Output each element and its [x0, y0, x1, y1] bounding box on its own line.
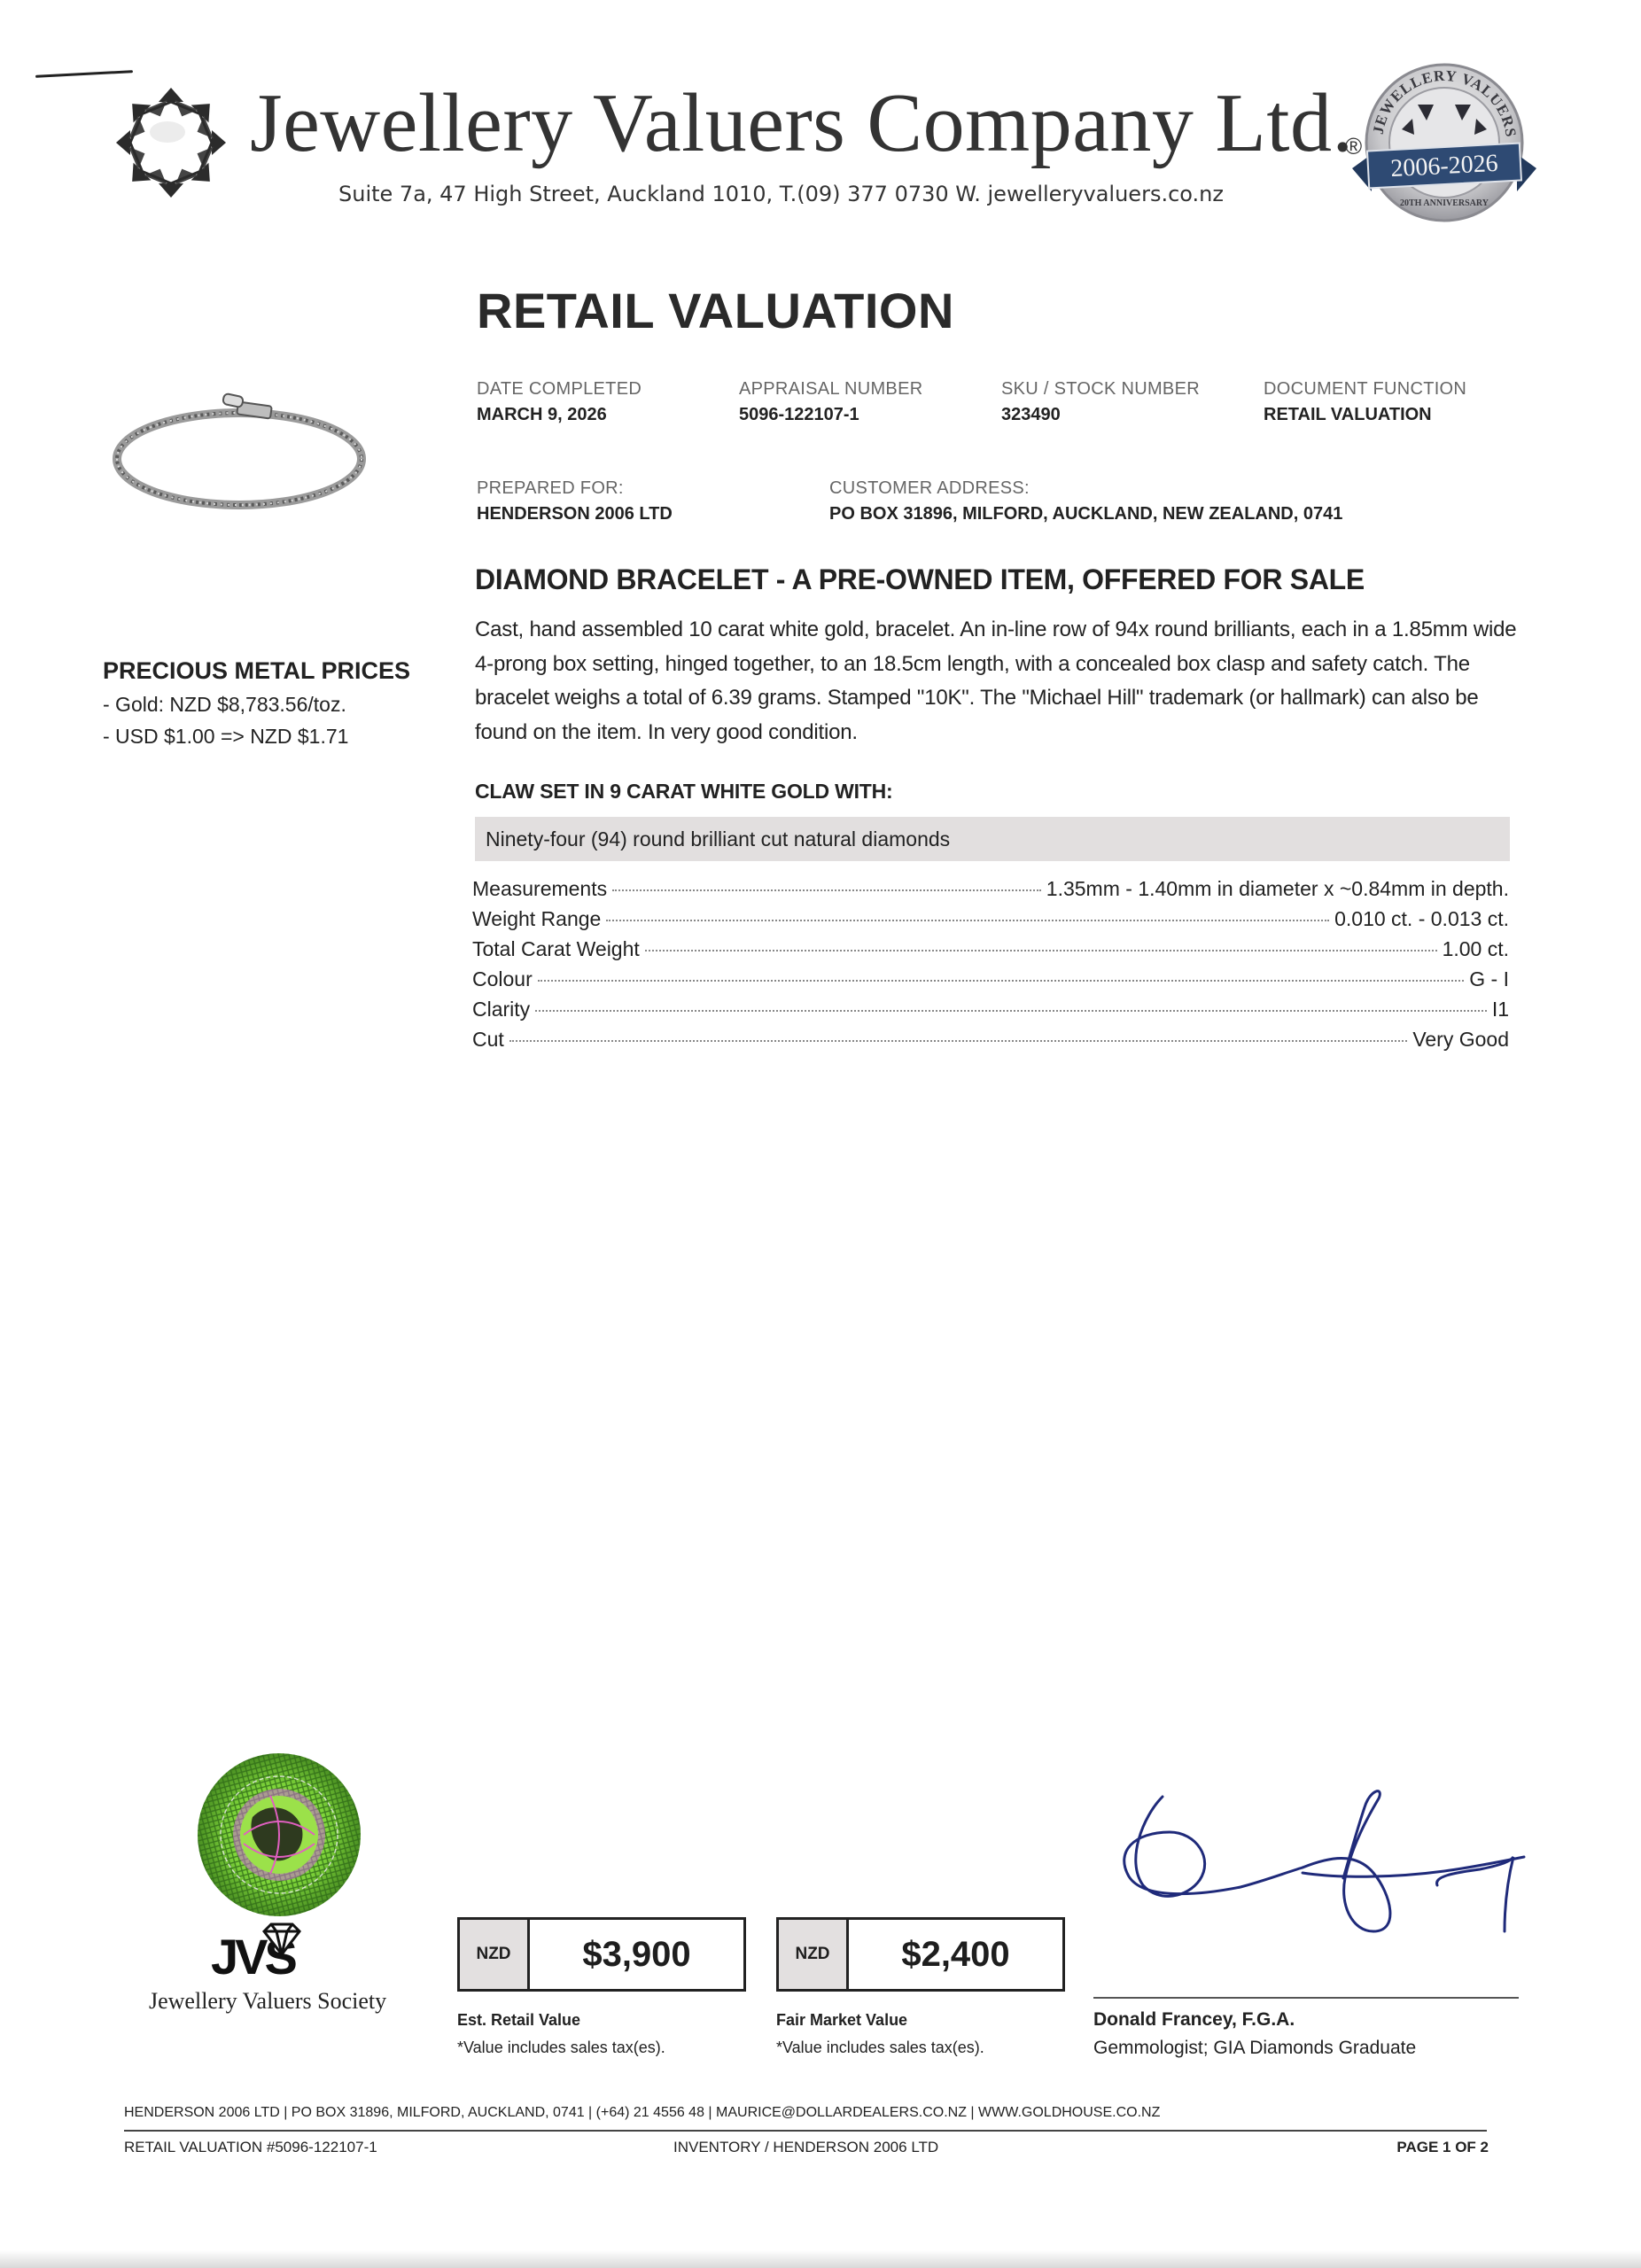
fair-market-value-block: NZD $2,400 Fair Market Value *Value incl…	[776, 1917, 1065, 2057]
spec-label: Total Carat Weight	[472, 937, 640, 961]
retail-value-box: NZD $3,900	[457, 1917, 746, 1992]
meta-sku: SKU / STOCK NUMBER 323490	[1001, 379, 1200, 425]
footer-inventory: INVENTORY / HENDERSON 2006 LTD	[673, 2139, 938, 2156]
signature-line	[1093, 1997, 1519, 1999]
svg-text:2006-2026: 2006-2026	[1390, 150, 1499, 183]
customer-address-value: PO BOX 31896, MILFORD, AUCKLAND, NEW ZEA…	[829, 504, 1342, 524]
leader-dots	[538, 980, 1465, 982]
meta-value: RETAIL VALUATION	[1264, 405, 1466, 425]
fair-market-value-note: *Value includes sales tax(es).	[776, 2039, 1065, 2057]
company-name: Jewellery Valuers Company Ltd.	[250, 82, 1353, 165]
retail-value-note: *Value includes sales tax(es).	[457, 2039, 746, 2057]
meta-label: DATE COMPLETED	[477, 379, 642, 400]
spec-value: 1.00 ct.	[1443, 937, 1509, 961]
spec-value: 0.010 ct. - 0.013 ct.	[1334, 907, 1509, 931]
metal-prices-title: PRECIOUS METAL PRICES	[103, 657, 410, 685]
leader-dots	[606, 920, 1329, 921]
spec-value: G - I	[1469, 967, 1509, 991]
signer-name: Donald Francey, F.G.A.	[1093, 2009, 1295, 2031]
spec-label: Cut	[472, 1028, 504, 1052]
document-title: RETAIL VALUATION	[477, 282, 954, 339]
page-number: PAGE 1 OF 2	[1396, 2139, 1489, 2156]
footer-reference: RETAIL VALUATION #5096-122107-1	[124, 2139, 377, 2156]
retail-value-block: NZD $3,900 Est. Retail Value *Value incl…	[457, 1917, 746, 2057]
spec-row-cut: CutVery Good	[472, 1028, 1509, 1058]
meta-document-function: DOCUMENT FUNCTION RETAIL VALUATION	[1264, 379, 1466, 425]
jvs-logo-icon: JVS	[211, 1922, 353, 1977]
bracelet-photo	[106, 379, 372, 530]
company-star-logo-icon	[113, 85, 229, 200]
jvs-society-name: Jewellery Valuers Society	[149, 1988, 386, 2015]
prepared-for-value: HENDERSON 2006 LTD	[477, 504, 673, 524]
prepared-for: PREPARED FOR: HENDERSON 2006 LTD	[477, 478, 673, 524]
company-address: Suite 7a, 47 High Street, Auckland 1010,…	[338, 182, 1224, 206]
scan-artifact-mark	[35, 70, 133, 78]
leader-dots	[612, 889, 1041, 891]
fair-market-value-amount: $2,400	[849, 1920, 1062, 1989]
metal-price-usd: - USD $1.00 => NZD $1.71	[103, 725, 348, 749]
signer-title: Gemmologist; GIA Diamonds Graduate	[1093, 2038, 1416, 2059]
spec-row-weight-range: Weight Range0.010 ct. - 0.013 ct.	[472, 907, 1509, 937]
meta-date-completed: DATE COMPLETED MARCH 9, 2026	[477, 379, 642, 425]
hologram-seal-icon	[195, 1751, 363, 1919]
footer-contact: HENDERSON 2006 LTD | PO BOX 31896, MILFO…	[124, 2105, 1160, 2121]
svg-text:20TH ANNIVERSARY: 20TH ANNIVERSARY	[1400, 198, 1489, 208]
spec-row-colour: ColourG - I	[472, 967, 1509, 998]
currency-label: NZD	[460, 1920, 530, 1989]
leader-dots	[509, 1040, 1408, 1042]
leader-dots	[535, 1010, 1487, 1012]
metal-price-gold: - Gold: NZD $8,783.56/toz.	[103, 693, 348, 717]
meta-value: 323490	[1001, 405, 1200, 425]
footer-divider	[124, 2130, 1487, 2132]
spec-label: Clarity	[472, 998, 530, 1021]
customer-address-label: CUSTOMER ADDRESS:	[829, 478, 1342, 499]
meta-label: DOCUMENT FUNCTION	[1264, 379, 1466, 400]
spec-value: Very Good	[1412, 1028, 1509, 1052]
stone-summary: Ninety-four (94) round brilliant cut nat…	[486, 827, 950, 851]
meta-value: 5096-122107-1	[739, 405, 922, 425]
retail-value-label: Est. Retail Value	[457, 2011, 746, 2030]
stone-summary-bar: Ninety-four (94) round brilliant cut nat…	[475, 817, 1510, 861]
retail-value-amount: $3,900	[530, 1920, 743, 1989]
spec-label: Weight Range	[472, 907, 601, 931]
spec-row-clarity: ClarityI1	[472, 998, 1509, 1028]
spec-row-measurements: Measurements1.35mm - 1.40mm in diameter …	[472, 877, 1509, 907]
meta-label: APPRAISAL NUMBER	[739, 379, 922, 400]
prepared-for-label: PREPARED FOR:	[477, 478, 673, 499]
scan-bottom-edge	[0, 2250, 1641, 2268]
spec-label: Colour	[472, 967, 533, 991]
metal-prices-list: - Gold: NZD $8,783.56/toz. - USD $1.00 =…	[103, 693, 348, 749]
meta-value: MARCH 9, 2026	[477, 405, 642, 425]
claw-heading: CLAW SET IN 9 CARAT WHITE GOLD WITH:	[475, 780, 893, 804]
item-heading: DIAMOND BRACELET - A PRE-OWNED ITEM, OFF…	[475, 563, 1365, 596]
meta-appraisal-number: APPRAISAL NUMBER 5096-122107-1	[739, 379, 922, 425]
fair-market-value-box: NZD $2,400	[776, 1917, 1065, 1992]
currency-label: NZD	[779, 1920, 849, 1989]
spec-list: Measurements1.35mm - 1.40mm in diameter …	[472, 877, 1509, 1058]
customer-address: CUSTOMER ADDRESS: PO BOX 31896, MILFORD,…	[829, 478, 1342, 524]
leader-dots	[645, 950, 1437, 951]
spec-label: Measurements	[472, 877, 607, 901]
signature-image	[1108, 1781, 1533, 1949]
fair-market-value-label: Fair Market Value	[776, 2011, 1065, 2030]
spec-row-total-carat-weight: Total Carat Weight1.00 ct.	[472, 937, 1509, 967]
spec-value: 1.35mm - 1.40mm in diameter x ~0.84mm in…	[1046, 877, 1509, 901]
item-description: Cast, hand assembled 10 carat white gold…	[475, 613, 1529, 750]
anniversary-badge-icon: JEWELLERY VALUERS CO 2006-2026 20TH ANNI…	[1347, 58, 1542, 227]
spec-value: I1	[1492, 998, 1509, 1021]
meta-label: SKU / STOCK NUMBER	[1001, 379, 1200, 400]
